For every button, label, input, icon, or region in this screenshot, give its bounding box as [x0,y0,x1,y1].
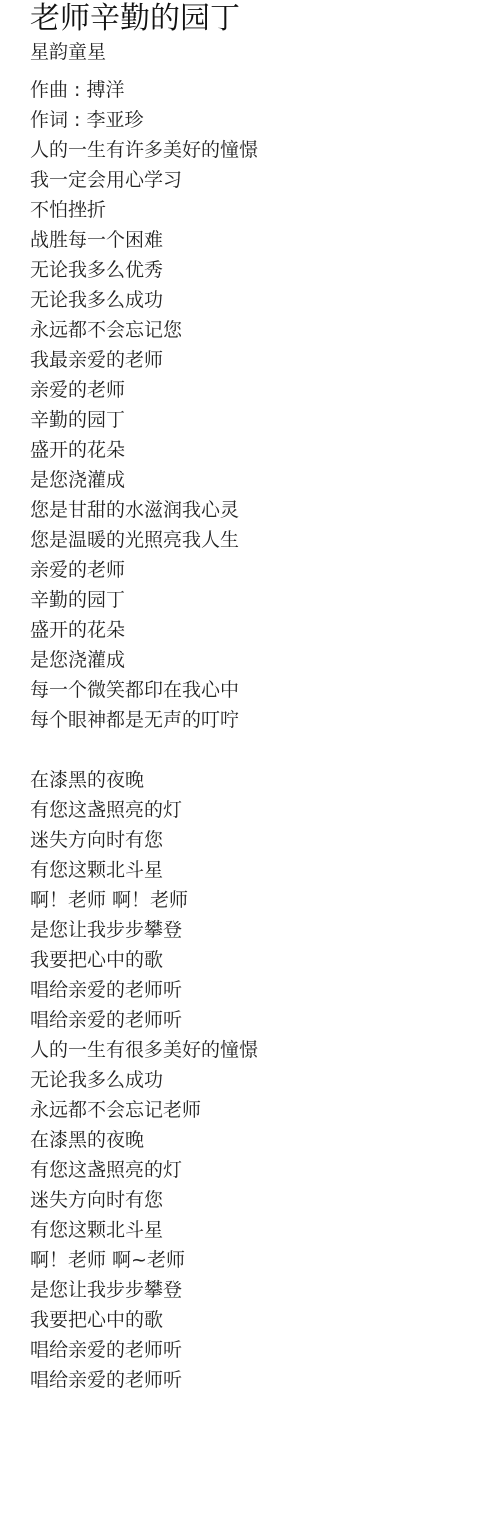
lyric-line: 是您让我步步攀登 [30,915,500,945]
lyric-line: 您是温暖的光照亮我人生 [30,525,500,555]
lyric-line: 不怕挫折 [30,195,500,225]
lyric-line: 辛勤的园丁 [30,585,500,615]
lyric-line: 迷失方向时有您 [30,1185,500,1215]
lyric-line: 无论我多么成功 [30,285,500,315]
lyric-line: 我一定会用心学习 [30,165,500,195]
lyrics-page: 老师辛勤的园丁 星韵童星 作曲 : 搏洋 作词 : 李亚珍 人的一生有许多美好的… [0,0,500,1540]
lyric-lines: 人的一生有许多美好的憧憬我一定会用心学习不怕挫折战胜每一个困难无论我多么优秀无论… [30,135,500,1395]
lyric-line: 无论我多么优秀 [30,255,500,285]
lyric-line: 是您浇灌成 [30,465,500,495]
lyric-line: 有您这盏照亮的灯 [30,1155,500,1185]
lyric-line: 盛开的花朵 [30,435,500,465]
lyric-line: 有您这盏照亮的灯 [30,795,500,825]
lyric-line: 唱给亲爱的老师听 [30,1365,500,1395]
lyric-line: 亲爱的老师 [30,375,500,405]
lyric-line: 人的一生有许多美好的憧憬 [30,135,500,165]
lyric-line: 有您这颗北斗星 [30,855,500,885]
lyric-line: 辛勤的园丁 [30,405,500,435]
lyric-line: 啊！老师 啊~老师 [30,1245,500,1275]
lyric-line: 永远都不会忘记您 [30,315,500,345]
lyric-line: 我要把心中的歌 [30,945,500,975]
lyric-line: 在漆黑的夜晚 [30,765,500,795]
lyric-line: 唱给亲爱的老师听 [30,975,500,1005]
lyric-line: 战胜每一个困难 [30,225,500,255]
lyric-line: 是您浇灌成 [30,645,500,675]
lyric-line: 每个眼神都是无声的叮咛 [30,705,500,735]
lyricist-credit: 作词 : 李亚珍 [30,105,500,135]
lyric-line: 唱给亲爱的老师听 [30,1005,500,1035]
lyric-line: 每一个微笑都印在我心中 [30,675,500,705]
lyric-line: 人的一生有很多美好的憧憬 [30,1035,500,1065]
lyrics-body: 作曲 : 搏洋 作词 : 李亚珍 人的一生有许多美好的憧憬我一定会用心学习不怕挫… [30,75,500,1395]
lyric-line: 唱给亲爱的老师听 [30,1335,500,1365]
lyric-line: 无论我多么成功 [30,1065,500,1095]
artist-name: 星韵童星 [30,37,500,67]
composer-credit: 作曲 : 搏洋 [30,75,500,105]
lyric-line: 您是甘甜的水滋润我心灵 [30,495,500,525]
lyric-line: 盛开的花朵 [30,615,500,645]
lyric-line: 迷失方向时有您 [30,825,500,855]
lyric-line: 啊！老师 啊！老师 [30,885,500,915]
lyric-line: 我最亲爱的老师 [30,345,500,375]
lyric-line: 我要把心中的歌 [30,1305,500,1335]
lyric-line: 永远都不会忘记老师 [30,1095,500,1125]
lyric-line: 亲爱的老师 [30,555,500,585]
lyric-line: 是您让我步步攀登 [30,1275,500,1305]
song-title: 老师辛勤的园丁 [30,0,500,37]
stanza-break [30,735,500,765]
lyric-line: 在漆黑的夜晚 [30,1125,500,1155]
lyric-line: 有您这颗北斗星 [30,1215,500,1245]
